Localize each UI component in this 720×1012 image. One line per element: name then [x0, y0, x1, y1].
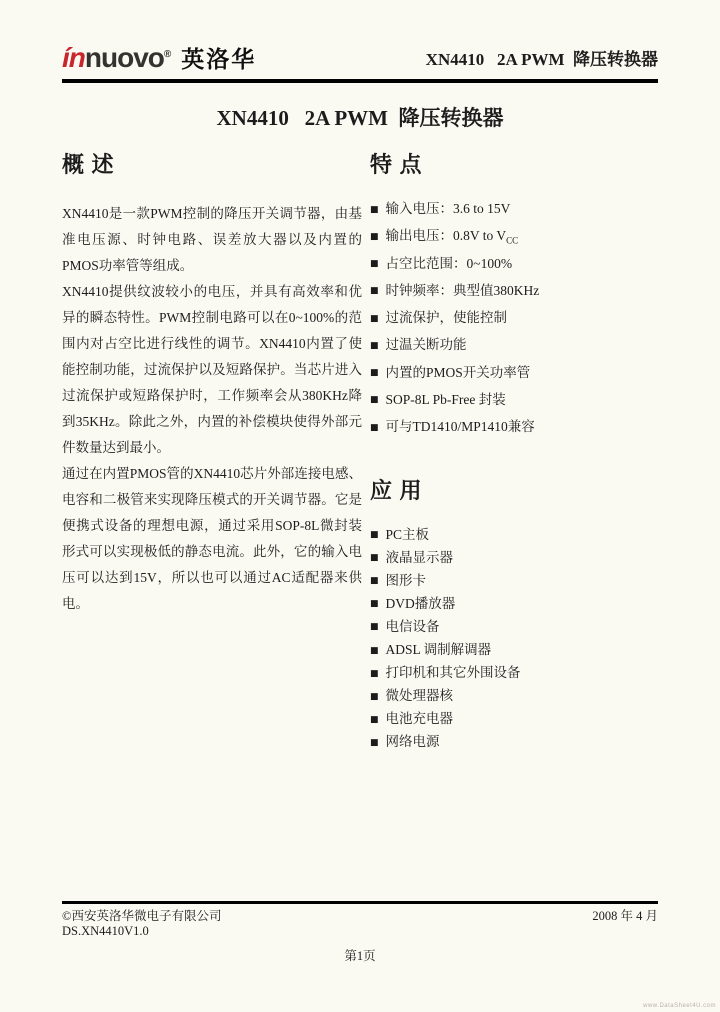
list-item: ■SOP-8L Pb-Free 封装: [370, 389, 658, 416]
square-bullet-icon: ■: [370, 395, 379, 405]
square-bullet-icon: ■: [370, 692, 379, 702]
application-text: 打印机和其它外围设备: [386, 665, 521, 680]
overview-column: 概 述 XN4410是一款PWM控制的降压开关调节器，由基准电压源、时钟电路、误…: [62, 132, 362, 754]
header-doc-ref: XN4410 2A PWM 降压转换器: [426, 45, 658, 72]
list-item: ■占空比范围：0~100%: [370, 253, 658, 280]
logo-dark-text: nuovo: [85, 42, 164, 73]
feature-text: 输入电压：3.6 to 15V: [386, 201, 511, 216]
footer-page-number: 第1页: [62, 946, 658, 964]
registered-mark-icon: ®: [164, 49, 171, 60]
list-item: ■过温关断功能: [370, 334, 658, 361]
list-item: ■微处理器核: [370, 685, 658, 708]
page-title: XN4410 2A PWM 降压转换器: [62, 102, 658, 132]
feature-text: 时钟频率：典型值380KHz: [386, 283, 540, 298]
application-text: PC主板: [386, 527, 430, 542]
page-footer: ©西安英洛华微电子有限公司 2008 年 4 月 DS.XN4410V1.0 第…: [62, 901, 658, 964]
list-item: ■过流保护，使能控制: [370, 307, 658, 334]
features-applications-column: 特 点 ■输入电压：3.6 to 15V ■输出电压：0.8V to VCC ■…: [370, 132, 658, 754]
square-bullet-icon: ■: [370, 576, 379, 586]
footer-rule: [62, 901, 658, 904]
square-bullet-icon: ■: [370, 669, 379, 679]
application-text: 液晶显示器: [386, 550, 454, 565]
square-bullet-icon: ■: [370, 715, 379, 725]
overview-paragraph: XN4410是一款PWM控制的降压开关调节器，由基准电压源、时钟电路、误差放大器…: [62, 201, 362, 279]
applications-list: ■PC主板 ■液晶显示器 ■图形卡 ■DVD播放器 ■电信设备 ■ADSL 调制…: [370, 524, 658, 755]
square-bullet-icon: ■: [370, 232, 379, 242]
feature-text: 可与TD1410/MP1410兼容: [386, 419, 535, 434]
page-header: ínnuovo®英洛华 XN4410 2A PWM 降压转换器: [62, 0, 658, 72]
list-item: ■DVD播放器: [370, 593, 658, 616]
application-text: ADSL 调制解调器: [386, 642, 492, 657]
application-text: 网络电源: [386, 734, 440, 749]
scan-watermark: www.DataSheet4U.com: [643, 1003, 716, 1009]
feature-text: 输出电压：0.8V to V: [386, 228, 507, 243]
list-item: ■输入电压：3.6 to 15V: [370, 198, 658, 225]
square-bullet-icon: ■: [370, 341, 379, 351]
footer-doc-number: DS.XN4410V1.0: [62, 924, 658, 939]
list-item: ■电信设备: [370, 616, 658, 639]
application-text: DVD播放器: [386, 596, 456, 611]
list-item: ■图形卡: [370, 570, 658, 593]
overview-paragraph: XN4410提供纹波较小的电压，并具有高效率和优异的瞬态特性。PWM控制电路可以…: [62, 279, 362, 461]
list-item: ■液晶显示器: [370, 547, 658, 570]
logo-red-text: ín: [62, 42, 85, 73]
list-item: ■时钟频率：典型值380KHz: [370, 280, 658, 307]
square-bullet-icon: ■: [370, 314, 379, 324]
application-text: 电信设备: [386, 619, 440, 634]
square-bullet-icon: ■: [370, 259, 379, 269]
list-item: ■ADSL 调制解调器: [370, 639, 658, 662]
application-text: 图形卡: [386, 573, 427, 588]
list-item: ■电池充电器: [370, 708, 658, 731]
header-rule: [62, 79, 658, 83]
square-bullet-icon: ■: [370, 738, 379, 748]
features-list: ■输入电压：3.6 to 15V ■输出电压：0.8V to VCC ■占空比范…: [370, 198, 658, 444]
logo-chinese-text: 英洛华: [181, 47, 256, 72]
application-text: 微处理器核: [386, 688, 454, 703]
feature-text: SOP-8L Pb-Free 封装: [386, 392, 506, 407]
application-text: 电池充电器: [386, 711, 454, 726]
overview-heading: 概 述: [62, 148, 362, 179]
list-item: ■可与TD1410/MP1410兼容: [370, 416, 658, 443]
square-bullet-icon: ■: [370, 205, 379, 215]
list-item: ■输出电压：0.8V to VCC: [370, 225, 658, 252]
applications-heading: 应 用: [370, 474, 658, 505]
feature-text: 占空比范围：0~100%: [386, 256, 513, 271]
square-bullet-icon: ■: [370, 368, 379, 378]
square-bullet-icon: ■: [370, 599, 379, 609]
square-bullet-icon: ■: [370, 530, 379, 540]
square-bullet-icon: ■: [370, 622, 379, 632]
list-item: ■网络电源: [370, 731, 658, 754]
datasheet-page: ínnuovo®英洛华 XN4410 2A PWM 降压转换器 XN4410 2…: [0, 0, 720, 1012]
list-item: ■PC主板: [370, 524, 658, 547]
overview-paragraphs: XN4410是一款PWM控制的降压开关调节器，由基准电压源、时钟电路、误差放大器…: [62, 201, 362, 617]
square-bullet-icon: ■: [370, 646, 379, 656]
features-heading: 特 点: [370, 148, 658, 179]
feature-text: 内置的PMOS开关功率管: [386, 365, 531, 380]
innuovo-logo: ínnuovo®英洛华: [62, 44, 256, 72]
list-item: ■内置的PMOS开关功率管: [370, 362, 658, 389]
list-item: ■打印机和其它外围设备: [370, 662, 658, 685]
feature-subscript: CC: [506, 236, 518, 246]
footer-date: 2008 年 4 月: [592, 909, 658, 924]
content-columns: 概 述 XN4410是一款PWM控制的降压开关调节器，由基准电压源、时钟电路、误…: [62, 132, 658, 754]
feature-text: 过温关断功能: [386, 337, 467, 352]
square-bullet-icon: ■: [370, 553, 379, 563]
footer-copyright: ©西安英洛华微电子有限公司: [62, 909, 222, 924]
square-bullet-icon: ■: [370, 286, 379, 296]
feature-text: 过流保护，使能控制: [386, 310, 508, 325]
square-bullet-icon: ■: [370, 423, 379, 433]
overview-paragraph: 通过在内置PMOS管的XN4410芯片外部连接电感、电容和二极管来实现降压模式的…: [62, 461, 362, 617]
